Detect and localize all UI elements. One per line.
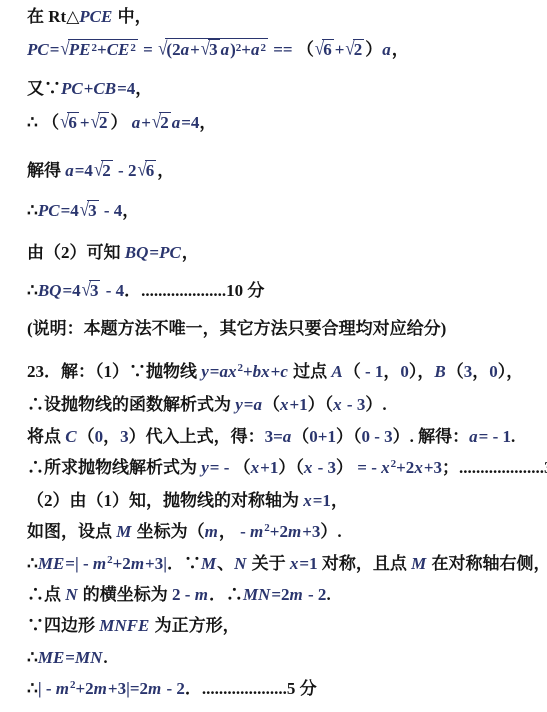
text-run: . [511,427,515,446]
text-run: 为正方形， [150,616,239,635]
text-run: 对称，且点 [318,554,412,573]
line-solve-a: 解得 a=4√2 - 2√6， [27,160,174,181]
sqrt-radical: √6 [60,112,79,133]
math-variable: M [116,522,132,541]
line-pc-formula: PC=√PE2+CE2 = √(2a+√3a)2+a2 == （√6+√2）a， [27,38,409,60]
formula-run: +3| [108,679,130,698]
text-run: ∴ [27,281,38,300]
text-run: ∴设抛物线的函数解析式为 [27,395,235,414]
text-run: ．∴ [209,585,243,604]
text-run: ）（ [278,458,304,477]
math-variable: y [235,395,244,414]
text-run: ， [103,427,120,446]
math-variable: x [304,458,314,477]
formula-run: (2 [166,40,180,59]
formula-run: = - [353,458,381,477]
text-run: （ [78,427,95,446]
math-variable: m [250,522,264,541]
math-variable: x [381,458,391,477]
sqrt-radical: √3 [201,39,220,60]
formula-run: 0+1 [309,427,336,446]
formula-run: =4 [117,79,135,98]
text-run: 关于 [247,554,290,573]
text-run: ∴ （ [27,113,59,132]
superscript: 2 [130,42,136,54]
radical-sign-icon: √ [158,36,167,60]
math-variable: N [65,585,78,604]
radicand: (2a+√3a)2+a2 [165,38,268,60]
formula-run: 3 [464,362,473,381]
formula-run: =1 [313,491,331,510]
math-variable: CE [107,40,131,59]
math-variable: PC [27,40,50,59]
math-variable: m [290,585,304,604]
line-assume-factored-form: ∴设抛物线的函数解析式为 y=a（x+1）（x - 3）. [27,394,387,415]
formula-run: +3| [145,554,167,573]
formula-run: = - 1 [479,427,511,446]
math-variable: N [234,554,247,573]
formula-run: 2 - [172,585,195,604]
text-run: ．....................10 分 [124,281,264,300]
text-run: ∴ [27,648,38,667]
sqrt-radical: √2 [91,112,110,133]
line-point-m-coords: 如图，设点 M 坐标为（m， - m2+2m+3）. [27,521,342,542]
sqrt-radical: √(2a+√3a)2+a2 [158,38,268,60]
text-run: （ [292,427,309,446]
math-variable: x [333,395,343,414]
line-therefore-equation: ∴ （√6+√2） a+√2a=4， [27,112,216,133]
formula-run: =2 [271,585,289,604]
text-run: （ [234,458,251,477]
formula-run: +1 [260,458,278,477]
radical-sign-icon: √ [94,157,103,181]
formula-run: +2 [113,554,131,573]
formula-run: =1 [299,554,317,573]
math-variable: PC [159,243,182,262]
sqrt-radical: √3 [82,280,101,301]
solution-page: 在 Rt△PCE 中，PC=√PE2+CE2 = √(2a+√3a)2+a2 =… [0,0,547,712]
line-part2-axis: （2）由（1）知，抛物线的对称轴为 x=1， [27,490,348,511]
math-variable: bx [253,362,271,381]
formula-run: - [236,522,250,541]
math-variable: M [411,554,427,573]
text-run: （ [447,362,464,381]
line-square-mnfe: ∵四边形 MNFE 为正方形， [27,615,240,636]
math-variable: PE [69,40,92,59]
sqrt-radical: √2 [345,39,364,60]
line-bq-equals-pc: 由（2）可知 BQ=PC， [27,242,199,263]
text-run: 在 Rt△ [27,7,79,26]
math-variable: c [280,362,289,381]
text-run: 如图，设点 [27,522,116,541]
formula-run: 0 [95,427,104,446]
math-variable: a [253,395,263,414]
math-variable: a [283,427,293,446]
math-variable: m [205,522,219,541]
text-run: ∴ [27,201,38,220]
radical-sign-icon: √ [82,277,91,301]
math-variable: a [132,113,142,132]
math-variable: A [331,362,343,381]
text-run: ， [122,201,139,220]
radical-sign-icon: √ [60,36,69,60]
sqrt-radical: √6 [315,39,334,60]
text-run: 由（2）可知 [27,243,125,262]
text-run: ）（ [308,395,334,414]
sqrt-radical: √3 [80,200,99,221]
text-run: . [103,648,107,667]
radical-sign-icon: √ [152,109,161,133]
text-run: . [326,585,330,604]
text-run: ）， [409,362,435,381]
formula-run: 3 [90,281,99,300]
math-variable: ME [38,554,65,573]
text-run: 过点 [289,362,332,381]
text-run: ， [182,243,199,262]
math-variable: PC [38,201,61,220]
line-abs-equation-5pts: ∴| - m2+2m+3|=2m - 2．...................… [27,678,317,699]
formula-run: - 1 [361,362,384,381]
text-run: ， [383,362,400,381]
formula-run: + [190,40,200,59]
text-run: ， [199,113,216,132]
math-variable: y [201,362,210,381]
text-run: ）代入上式，得： [129,427,265,446]
formula-run: +2 [396,458,414,477]
formula-run: - 2 [162,679,185,698]
line-bq-value-10pts: ∴BQ=4√3 - 4．....................10 分 [27,280,264,301]
formula-run: + [84,79,94,98]
text-run: 中， [113,7,151,26]
formula-run: 2 [354,40,363,59]
formula-run: + [80,113,90,132]
math-variable: B [434,362,446,381]
line-me-equals-mn: ∴ME=MN. [27,647,108,668]
text-run: 解得 [27,161,65,180]
formula-run: + [271,362,281,381]
text-run: ）. 解得： [393,427,470,446]
math-variable: MNFE [99,616,150,635]
math-variable: y [201,458,210,477]
formula-run: == [269,40,297,59]
text-run: 23．解：（1）∵抛物线 [27,362,201,381]
line-substitute-c: 将点 C（0，3）代入上式，得：3=a（0+1）（0 - 3）. 解得：a= -… [27,426,515,447]
text-run: ）（ [336,427,362,446]
math-variable: ax [219,362,237,381]
formula-run: = [149,243,159,262]
formula-run: =4 [62,281,80,300]
formula-run: +3 [424,458,442,477]
formula-run: - 4 [101,281,124,300]
text-run: 将点 [27,427,65,446]
math-variable: a [65,161,75,180]
math-variable: BQ [38,281,63,300]
math-variable: BQ [125,243,150,262]
math-variable: a [382,40,392,59]
formula-run: - 2 [114,161,137,180]
math-variable: CB [93,79,117,98]
text-run: ）. [320,522,341,541]
math-variable: x [414,458,424,477]
text-run: （ [344,362,361,381]
line-parabola-result-3pts: ∴所求抛物线解析式为 y= - （x+1）（x - 3） = - x2+2x+3… [27,457,547,478]
line-rt-triangle-intro: 在 Rt△PCE 中， [27,6,152,27]
sqrt-radical: √2 [152,112,171,133]
sqrt-radical: √PE2+CE2 [60,39,137,60]
text-run: 、 [217,554,234,573]
math-variable: C [65,427,77,446]
formula-run: - 2 [304,585,327,604]
text-run: ）， [498,362,524,381]
formula-run: 2 [160,113,169,132]
radical-sign-icon: √ [60,109,69,133]
formula-run: = - [210,458,234,477]
superscript: 2 [260,42,266,54]
math-variable: ME [38,648,65,667]
text-run: ） [365,40,382,59]
formula-run: + [335,40,345,59]
formula-run: 2 [99,113,108,132]
math-variable: m [195,585,209,604]
formula-run: 3= [265,427,283,446]
math-variable: MN [243,585,271,604]
formula-run: 3 [120,427,129,446]
formula-run: - 4 [100,201,123,220]
formula-run: = [65,648,75,667]
math-variable: a [221,40,231,59]
line-n-abscissa-mn: ∴点 N 的横坐标为 2 - m．∴MN=2m - 2. [27,584,331,605]
line-note-grading: (说明：本题方法不唯一，其它方法只要合理均对应给分) [27,318,446,339]
radicand: PE2+CE2 [68,39,138,60]
text-run: ， [331,491,348,510]
text-run: ∵四边形 [27,616,99,635]
radical-sign-icon: √ [201,38,210,60]
sqrt-radical: √2 [94,160,113,181]
text-run: ．....................5 分 [185,679,317,698]
math-variable: m [288,522,302,541]
formula-run: 3 [88,201,97,220]
math-variable: MN [75,648,103,667]
math-variable: PCE [79,7,113,26]
math-variable: m [148,679,162,698]
formula-run: 0 - 3 [361,427,392,446]
radical-sign-icon: √ [80,197,89,221]
math-variable: m [131,554,145,573]
radical-sign-icon: √ [137,157,146,181]
formula-run: 0 [400,362,409,381]
formula-run: =4 [61,201,79,220]
text-run: ） [110,113,131,132]
formula-run: = [139,40,157,59]
formula-run: +3 [302,522,320,541]
math-variable: x [290,554,300,573]
text-run: ） [336,458,353,477]
text-run: 又∵ [27,79,61,98]
formula-run: 0 [489,362,498,381]
formula-run: +2 [270,522,288,541]
text-run: (说明：本题方法不唯一，其它方法只要合理均对应给分) [27,319,446,338]
formula-run: + [141,113,151,132]
math-variable: M [201,554,217,573]
formula-run: =2 [130,679,148,698]
math-variable: a [469,427,479,446]
formula-run: =| - [65,554,93,573]
formula-run: + [241,40,251,59]
text-run: ）. [365,395,386,414]
text-run: 在对称轴右侧， [427,554,547,573]
formula-run: 3 [209,40,218,59]
formula-run: +1 [289,395,307,414]
math-variable: a [181,40,191,59]
formula-run: 6 [323,40,332,59]
text-run: （ [297,40,314,59]
line-me-symmetry: ∴ME=| - m2+2m+3|．∵M、N 关于 x=1 对称，且点 M 在对称… [27,553,547,574]
line-pc-plus-cb: 又∵PC+CB=4， [27,78,152,99]
text-run: （2）由（1）知，抛物线的对称轴为 [27,491,303,510]
text-run: ∴ [27,554,38,573]
sqrt-radical: √6 [137,160,156,181]
text-run: ；....................3 分 [442,458,547,477]
text-run: （ [263,395,280,414]
formula-run: | - [38,679,56,698]
math-variable: a [172,113,182,132]
line-q23-part1-given: 23．解：（1）∵抛物线 y=ax2+bx+c 过点 A（ - 1，0），B（3… [27,361,523,382]
math-variable: m [56,679,70,698]
formula-run: + [97,40,107,59]
formula-run: 6 [146,161,155,180]
formula-run: +2 [75,679,93,698]
formula-run: = [50,40,60,59]
radical-sign-icon: √ [345,36,354,60]
text-run: ∴点 [27,585,65,604]
text-run: ， [157,161,174,180]
math-variable: PC [61,79,84,98]
formula-run: 6 [68,113,77,132]
formula-run: - 3 [313,458,336,477]
formula-run: =4 [181,113,199,132]
text-run: ∴ [27,679,38,698]
formula-run: - 3 [343,395,366,414]
radical-sign-icon: √ [91,109,100,133]
text-run: ∴所求抛物线解析式为 [27,458,201,477]
text-run: 的横坐标为 [79,585,173,604]
math-variable: x [251,458,261,477]
line-pc-value: ∴PC=4√3 - 4， [27,200,139,221]
text-run: 坐标为（ [132,522,204,541]
text-run: ， [135,79,152,98]
math-variable: x [303,491,313,510]
radical-sign-icon: √ [315,36,324,60]
text-run: ．∵ [167,554,201,573]
text-run: ， [392,40,409,59]
formula-run: =4 [75,161,93,180]
formula-run: + [243,362,253,381]
text-run: ， [472,362,489,381]
math-variable: m [93,554,107,573]
formula-run: 2 [102,161,111,180]
math-variable: m [94,679,108,698]
text-run: ， [219,522,236,541]
